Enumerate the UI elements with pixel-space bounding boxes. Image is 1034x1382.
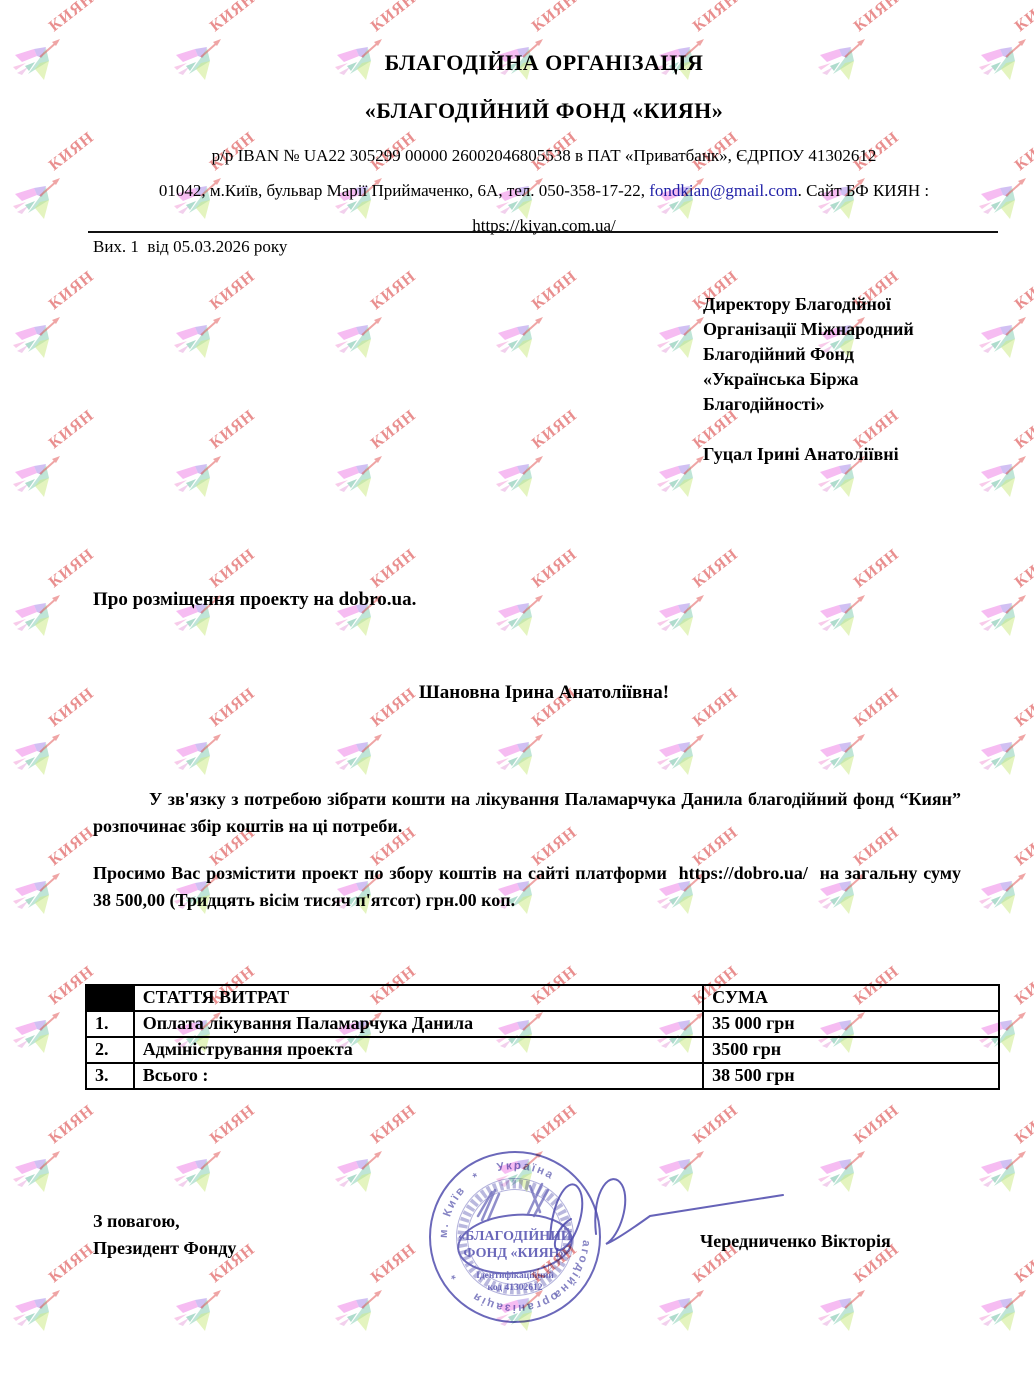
recipient-line: Благодійності» [703,392,973,417]
stamp-ring-star: * [448,1269,462,1281]
row-number: 1. [86,1011,134,1037]
org-stamp-and-signature: м. Київ * Україна Благодійна організація… [400,1142,796,1342]
org-name-line1: БЛАГОДІЙНА ОРГАНІЗАЦІЯ [88,50,1000,76]
svg-text:*: * [471,1170,483,1184]
row-item: Всього : [134,1063,703,1089]
table-row: 1. Оплата лікування Паламарчука Данила 3… [86,1011,999,1037]
address-line: 01042, м.Київ, бульвар Марії Приймаченко… [88,181,1000,201]
greeting-line: Шановна Ірина Анатоліївна! [88,682,1000,704]
closing-block: З повагою, Президент Фонду [93,1208,236,1262]
org-name-line2: «БЛАГОДІЙНИЙ ФОНД «КИЯН» [88,98,1000,124]
email-link[interactable]: fondkian@gmail.com [649,181,797,200]
recipient-line: Благодійний Фонд [703,342,973,367]
table-corner-cell [86,985,134,1011]
table-row: 3. Всього : 38 500 грн [86,1063,999,1089]
expense-table: СТАТТЯ ВИТРАТ СУМА 1. Оплата лікування П… [85,984,1000,1090]
stamp-id-label: Ідентифікаційний [476,1270,554,1281]
recipient-block: Директору Благодійної Організації Міжнар… [703,292,973,467]
letterhead: БЛАГОДІЙНА ОРГАНІЗАЦІЯ «БЛАГОДІЙНИЙ ФОНД… [88,50,1000,251]
subject-line: Про розміщення проекту на dobro.ua. [93,589,416,611]
svg-text:*: * [448,1269,462,1281]
letter-content: БЛАГОДІЙНА ОРГАНІЗАЦІЯ «БЛАГОДІЙНИЙ ФОНД… [0,0,1034,1382]
column-header-item: СТАТТЯ ВИТРАТ [134,985,703,1011]
reference-number: Вих. 1 від 05.03.2026 року [93,237,287,257]
table-header-row: СТАТТЯ ВИТРАТ СУМА [86,985,999,1011]
column-header-sum: СУМА [703,985,999,1011]
header-divider [88,231,998,233]
stamp-ring-bottom: організація [470,1289,561,1314]
row-number: 2. [86,1037,134,1063]
bank-details-line: р/р IBAN № UA22 305299 00000 26002046805… [88,146,1000,166]
row-item: Оплата лікування Паламарчука Данила [134,1011,703,1037]
recipient-line: Організації Міжнародний [703,317,973,342]
svg-text:організація: організація [470,1289,561,1314]
address-part1: 01042, м.Київ, бульвар Марії Приймаченко… [159,181,649,200]
stamp-center-line2: ФОНД «КИЯН» [463,1246,566,1261]
row-number: 3. [86,1063,134,1089]
closing-salutation: З повагою, [93,1208,236,1235]
stamp-ring-star: * [471,1170,483,1184]
document-page: БЛАГОДІЙНА ОРГАНІЗАЦІЯ «БЛАГОДІЙНИЙ ФОНД… [0,0,1034,1382]
row-sum: 35 000 грн [703,1011,999,1037]
website-line: https://kiyan.com.ua/ [88,216,1000,236]
recipient-line: Директору Благодійної [703,292,973,317]
stamp-seal-icon: м. Київ * Україна Благодійна організація… [400,1142,600,1322]
body-paragraph-1: У зв'язку з потребою зібрати кошти на лі… [93,786,961,840]
body-paragraph-2: Просимо Вас розмістити проект по збору к… [93,860,961,914]
row-item: Адміністрування проекта [134,1037,703,1063]
address-part2: . Сайт БФ КИЯН : [798,181,930,200]
recipient-line: «Українська Біржа [703,367,973,392]
row-sum: 38 500 грн [703,1063,999,1089]
recipient-name: Гуцал Ірині Анатоліївні [703,442,973,467]
closing-title: Президент Фонду [93,1235,236,1262]
table-row: 2. Адміністрування проекта 3500 грн [86,1037,999,1063]
stamp-id-code: код 41302612 [487,1283,542,1293]
row-sum: 3500 грн [703,1037,999,1063]
